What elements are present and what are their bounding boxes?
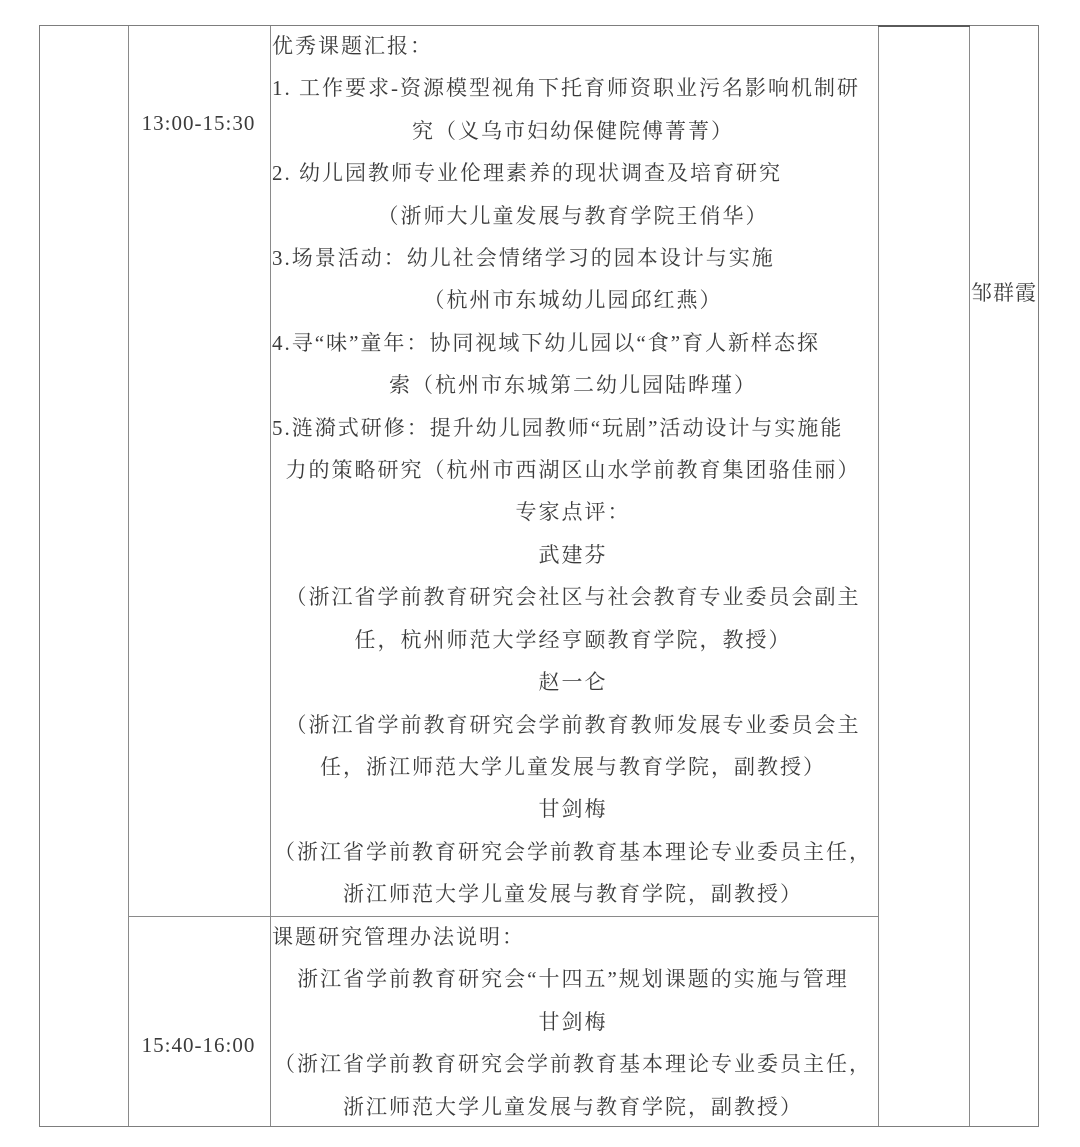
content-line: 索（杭州市东城第二幼儿园陆晔瑾） bbox=[270, 364, 876, 406]
content-line: 优秀课题汇报： bbox=[270, 25, 876, 67]
content-line: 2. 幼儿园教师专业伦理素养的现状调查及培育研究 bbox=[270, 152, 876, 194]
content-line: （浙江省学前教育研究会学前教育教师发展专业委员会主 bbox=[270, 704, 876, 746]
content-line: 浙江师范大学儿童发展与教育学院，副教授） bbox=[270, 873, 876, 915]
content-line: 任，浙江师范大学儿童发展与教育学院，副教授） bbox=[270, 746, 876, 788]
session-2-content: 课题研究管理办法说明： 浙江省学前教育研究会“十四五”规划课题的实施与管理 甘剑… bbox=[270, 916, 876, 1128]
content-line: （浙江省学前教育研究会社区与社会教育专业委员会副主 bbox=[270, 576, 876, 618]
content-line: 任，杭州师范大学经亨颐教育学院，教授） bbox=[270, 619, 876, 661]
column-divider-3 bbox=[878, 26, 879, 1126]
moderator-name: 邹群霞 bbox=[968, 272, 1040, 314]
content-line: 1. 工作要求-资源模型视角下托育师资职业污名影响机制研 bbox=[270, 67, 876, 109]
column-divider-4 bbox=[969, 26, 970, 1126]
content-line: 浙江省学前教育研究会“十四五”规划课题的实施与管理 bbox=[270, 958, 876, 1000]
content-line: 究（义乌市妇幼保健院傅菁菁） bbox=[270, 110, 876, 152]
session-1-time: 13:00-15:30 bbox=[128, 102, 269, 144]
content-line: （浙江省学前教育研究会学前教育基本理论专业委员主任， bbox=[270, 1043, 876, 1085]
content-line: 课题研究管理办法说明： bbox=[270, 916, 876, 958]
content-line: 5.涟漪式研修：提升幼儿园教师“玩剧”活动设计与实施能 bbox=[270, 407, 876, 449]
column-divider-1 bbox=[128, 26, 129, 1126]
content-line: 甘剑梅 bbox=[270, 1001, 876, 1043]
content-line: （杭州市东城幼儿园邱红燕） bbox=[270, 279, 876, 321]
content-line: 力的策略研究（杭州市西湖区山水学前教育集团骆佳丽） bbox=[270, 449, 876, 491]
session-1-content: 优秀课题汇报： 1. 工作要求-资源模型视角下托育师资职业污名影响机制研 究（义… bbox=[270, 25, 876, 916]
content-line: 浙江师范大学儿童发展与教育学院，副教授） bbox=[270, 1086, 876, 1128]
content-line: 武建芬 bbox=[270, 534, 876, 576]
content-line: 专家点评： bbox=[270, 491, 876, 533]
document-page: 13:00-15:30 15:40-16:00 邹群霞 优秀课题汇报： 1. 工… bbox=[0, 0, 1080, 1147]
content-line: （浙师大儿童发展与教育学院王俏华） bbox=[270, 195, 876, 237]
content-line: 4.寻“味”童年：协同视域下幼儿园以“食”育人新样态探 bbox=[270, 322, 876, 364]
content-line: 甘剑梅 bbox=[270, 788, 876, 830]
content-line: 3.场景活动：幼儿社会情绪学习的园本设计与实施 bbox=[270, 237, 876, 279]
table-top-border-segment bbox=[878, 25, 970, 27]
session-2-time: 15:40-16:00 bbox=[128, 1024, 269, 1066]
content-line: （浙江省学前教育研究会学前教育基本理论专业委员主任， bbox=[270, 831, 876, 873]
content-line: 赵一仑 bbox=[270, 661, 876, 703]
